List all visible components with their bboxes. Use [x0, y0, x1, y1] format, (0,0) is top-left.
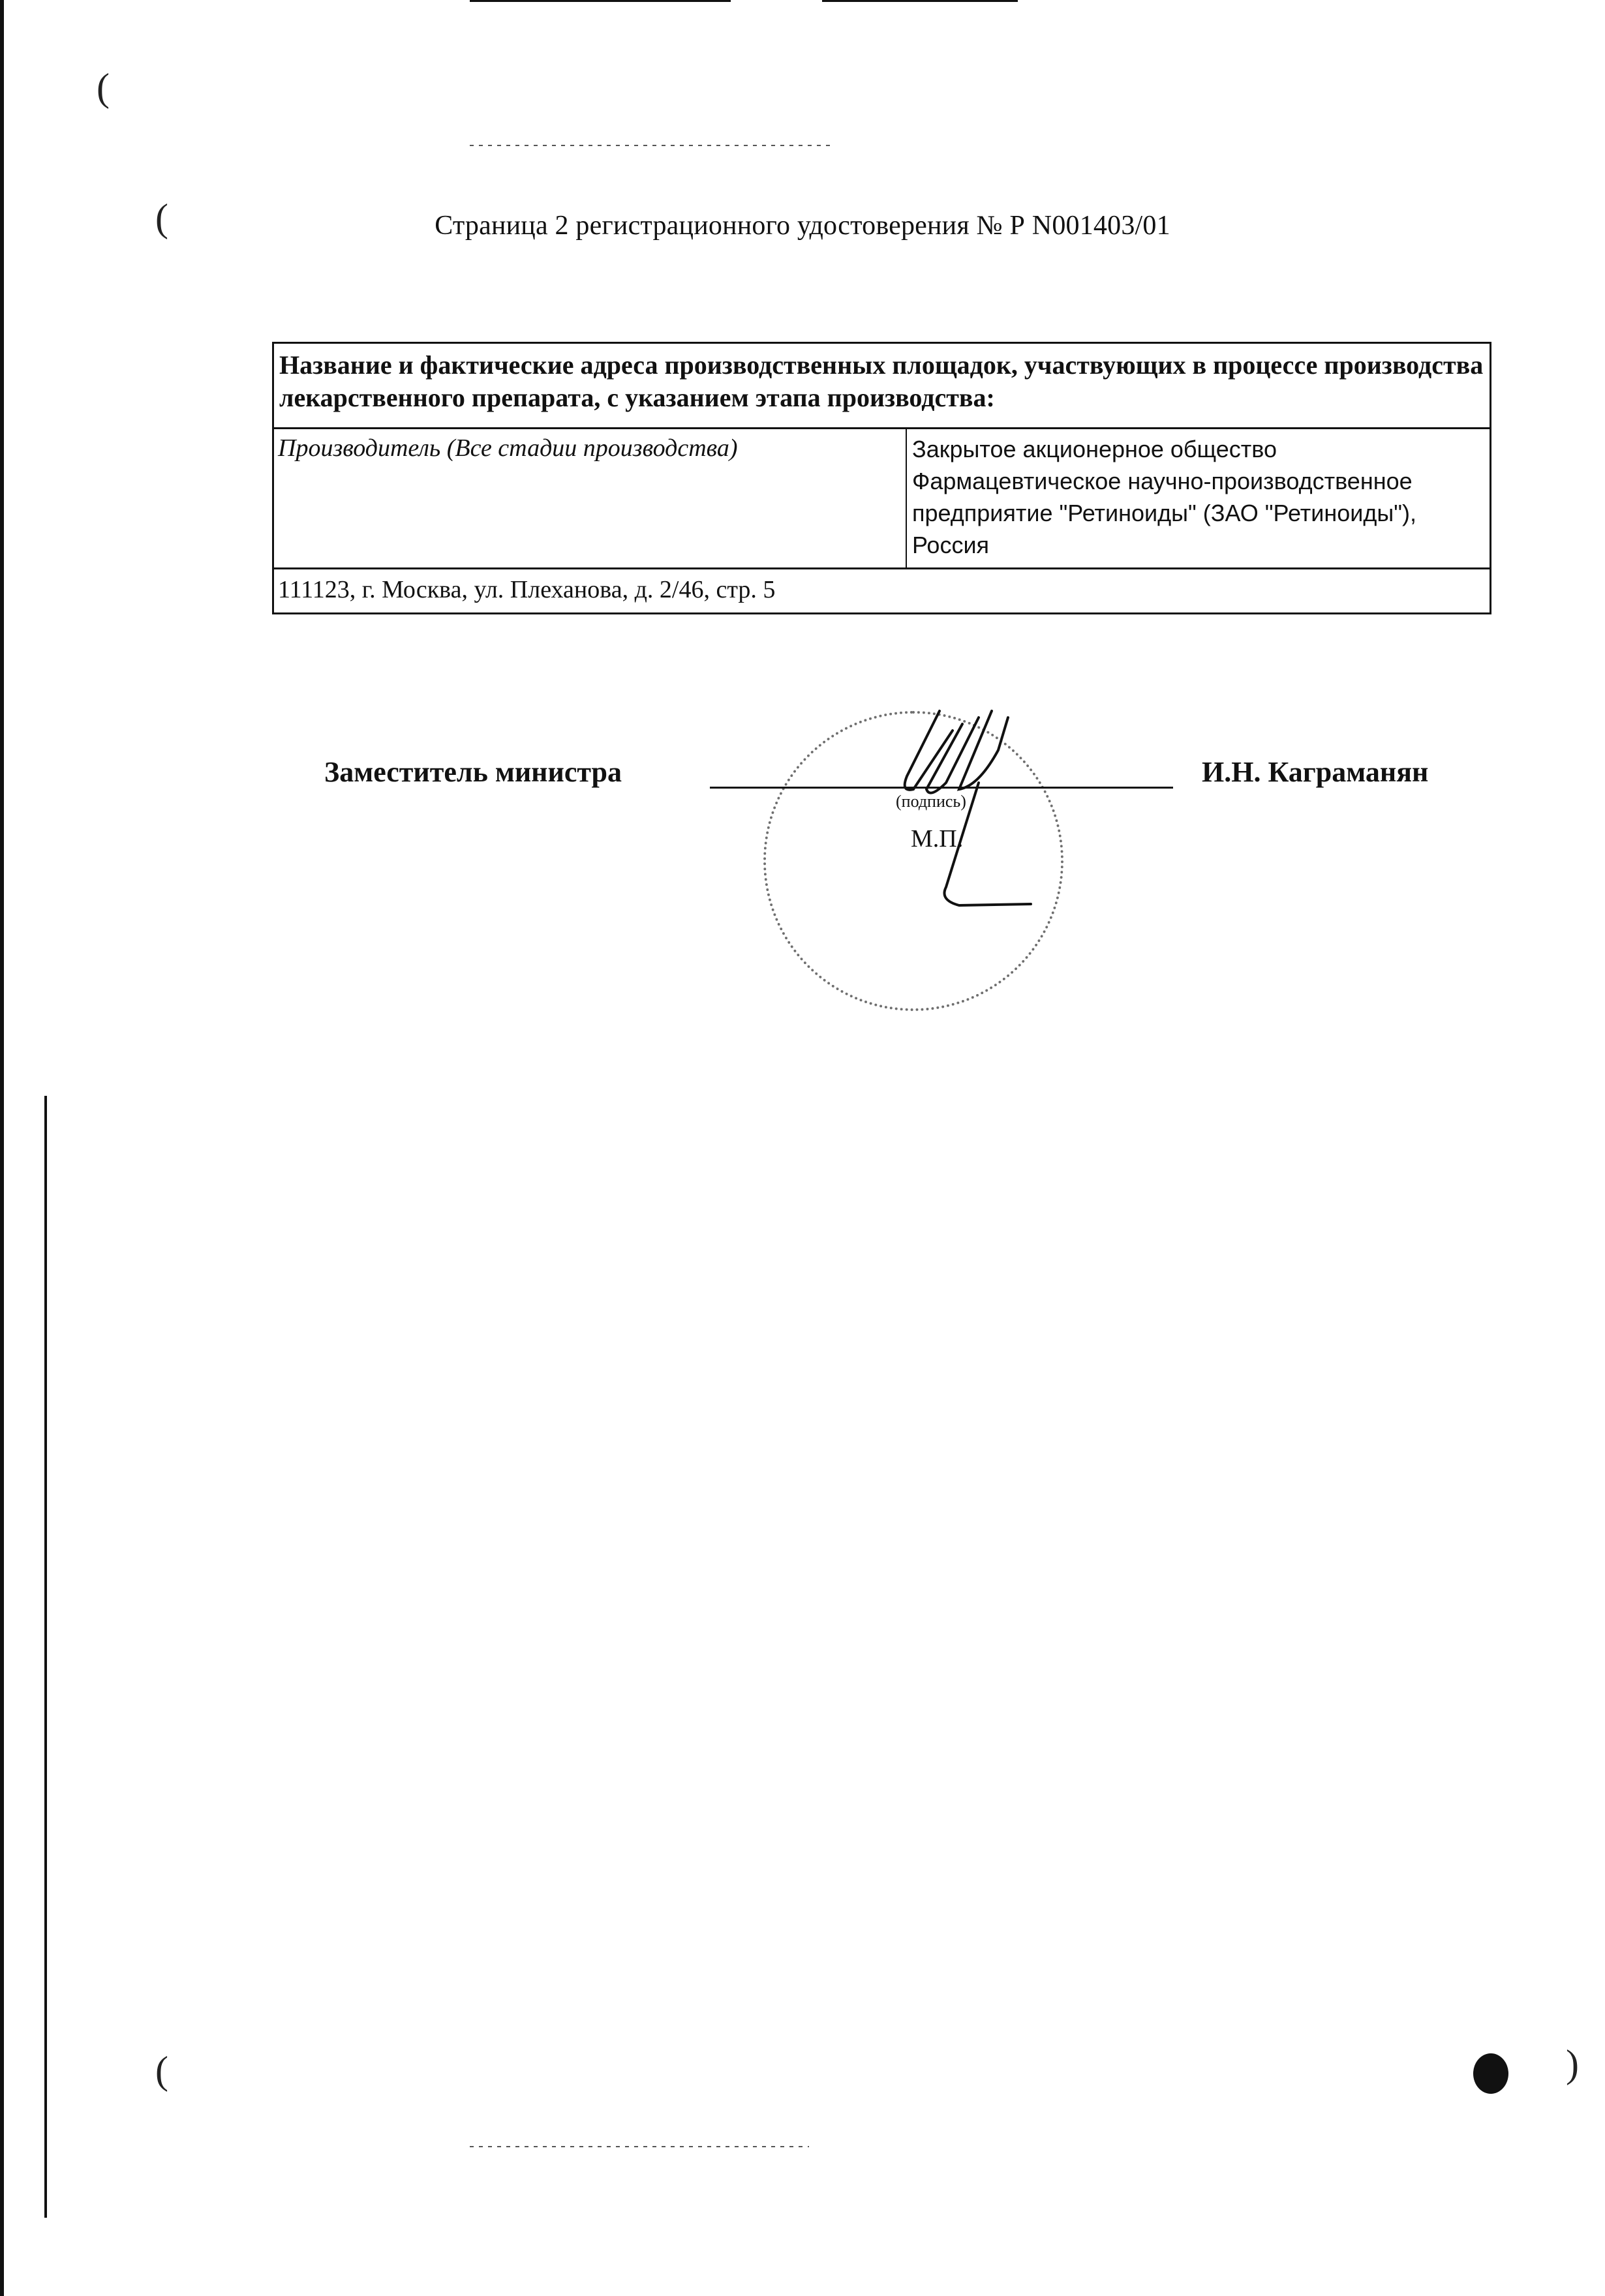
signature-caption: (подпись) [896, 792, 966, 811]
scan-smudge [470, 145, 835, 146]
producer-role-cell: Производитель (Все стадии производства) [274, 429, 907, 567]
signatory-position: Заместитель министра [324, 755, 622, 789]
table-row: Производитель (Все стадии производства) … [274, 429, 1490, 569]
scan-top-rule [822, 0, 1018, 2]
organization-line: Закрытое акционерное общество [912, 433, 1484, 465]
table-header: Название и фактические адреса производст… [274, 344, 1490, 429]
scan-edge [0, 0, 4, 2296]
producer-organization-cell: Закрытое акционерное общество Фармацевти… [907, 429, 1490, 575]
scan-bracket-mark: ) [1566, 2042, 1579, 2087]
address-row: 111123, г. Москва, ул. Плеханова, д. 2/4… [274, 569, 1490, 612]
scan-margin-line [44, 1096, 47, 2218]
scan-smudge [470, 2146, 809, 2147]
page-header: Страница 2 регистрационного удостоверени… [0, 210, 1605, 241]
production-sites-table: Название и фактические адреса производст… [272, 342, 1491, 614]
scan-bracket-mark: ( [97, 65, 110, 110]
scan-ink-blot [1473, 2053, 1508, 2094]
signatory-name: И.Н. Каграманян [1202, 755, 1428, 789]
organization-line: Фармацевтическое научно-производственное [912, 465, 1484, 497]
scan-top-rule [470, 0, 731, 2]
scan-bracket-mark: ( [155, 2048, 168, 2093]
handwritten-signature-icon [900, 672, 1070, 907]
organization-line: Россия [912, 529, 1484, 561]
stamp-label: М.П. [911, 824, 963, 853]
organization-line: предприятие "Ретиноиды" (ЗАО "Ретиноиды"… [912, 497, 1484, 529]
